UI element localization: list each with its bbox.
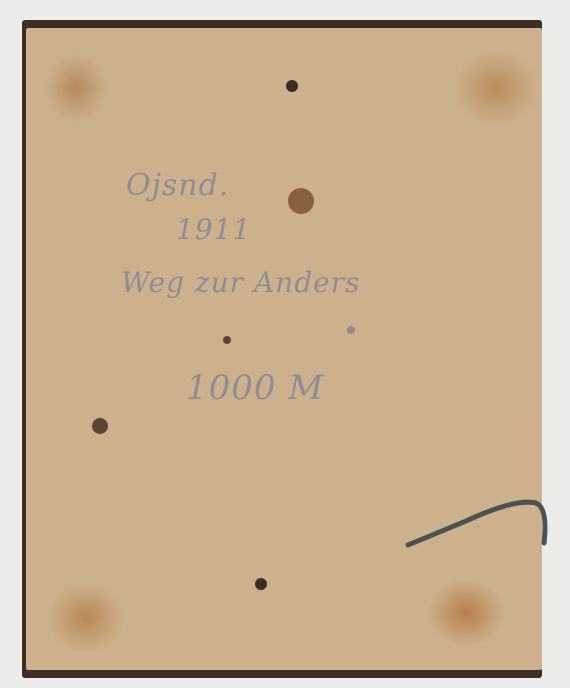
- nail-head: [92, 418, 108, 434]
- nail-head: [223, 336, 231, 344]
- inscription-line-2: 1911: [176, 213, 251, 246]
- inscription-line-3: Weg zur Anders: [121, 266, 360, 299]
- inscription-line-4: 1000 M: [186, 368, 324, 408]
- stain-spot: [288, 188, 314, 214]
- nail-hole: [286, 80, 298, 92]
- wire-hanger: [396, 473, 556, 553]
- nail-head: [347, 326, 355, 334]
- inscription-line-1: Ojsnd.: [126, 168, 229, 203]
- cardboard-back: Ojsnd. 1911 Weg zur Anders 1000 M: [26, 28, 542, 670]
- nail-hole: [255, 578, 267, 590]
